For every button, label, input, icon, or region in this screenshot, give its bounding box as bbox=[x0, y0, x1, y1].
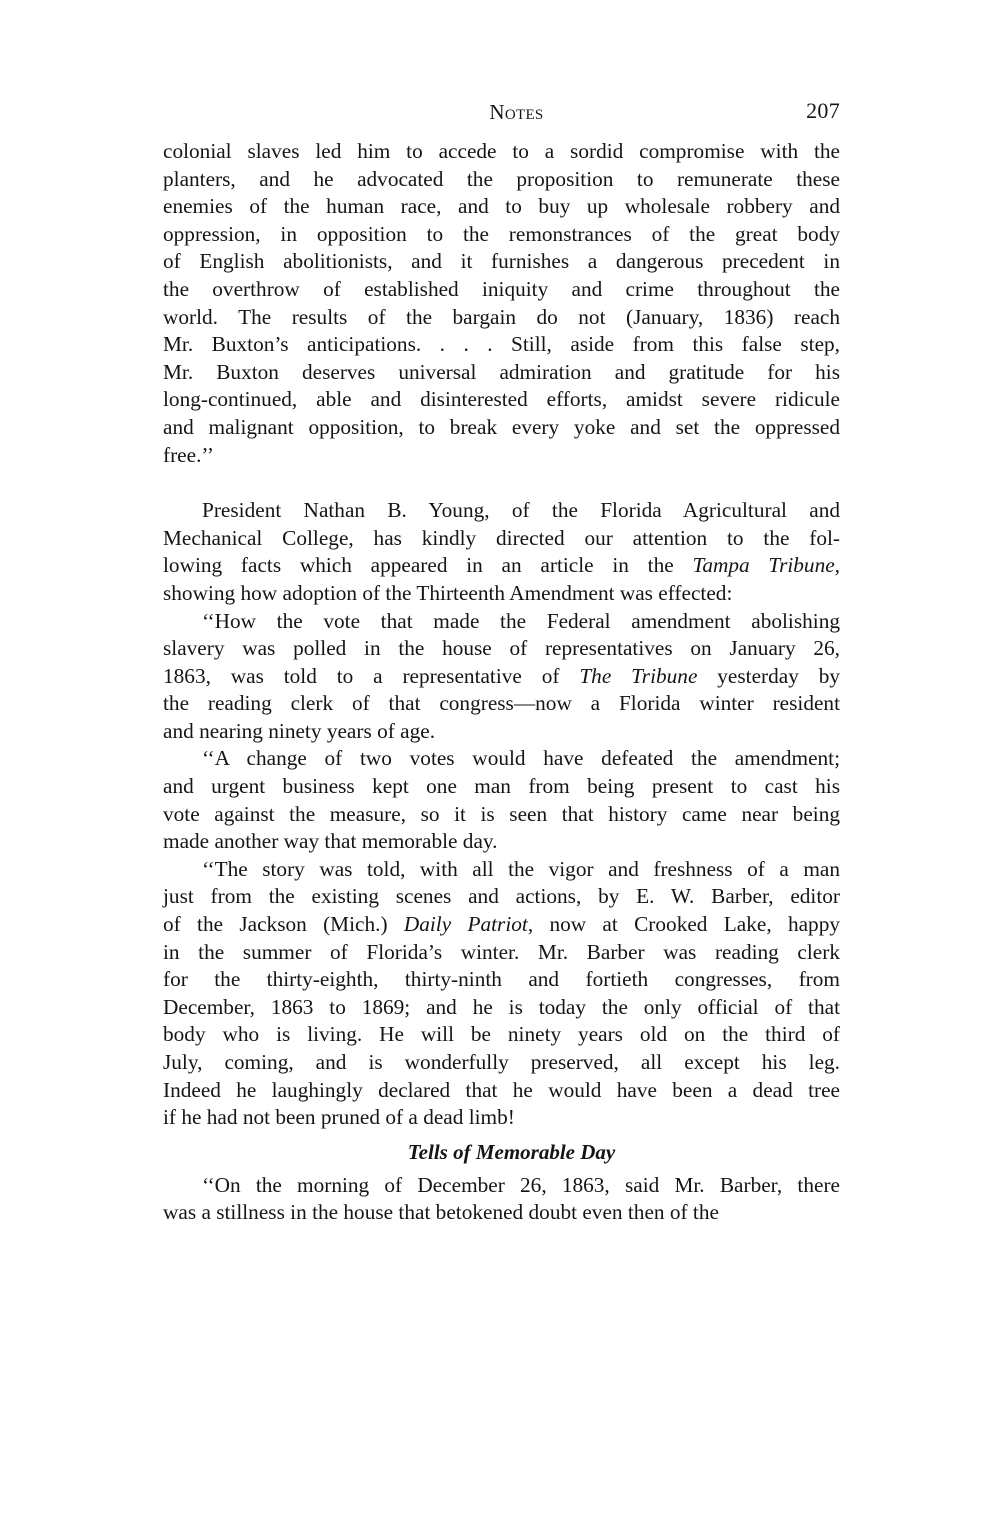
italic-title: Tampa Tribune bbox=[692, 553, 834, 577]
paragraph-tribune-change: ‘‘A change of two votes would have defea… bbox=[163, 745, 840, 855]
text-line: body who is living. He will be ninety ye… bbox=[163, 1021, 840, 1049]
text-line: was a stillness in the house that betoke… bbox=[163, 1199, 840, 1227]
text-line: vote against the measure, so it is seen … bbox=[163, 801, 840, 829]
text-line: free.’’ bbox=[163, 442, 840, 470]
text-line: and urgent business kept one man from be… bbox=[163, 773, 840, 801]
text-line: lowing facts which appeared in an articl… bbox=[163, 552, 840, 580]
text-line: ‘‘The story was told, with all the vigor… bbox=[163, 856, 840, 884]
text-line: July, coming, and is wonderfully preserv… bbox=[163, 1049, 840, 1077]
text-line: the overthrow of established iniquity an… bbox=[163, 276, 840, 304]
page-number: 207 bbox=[806, 98, 840, 124]
text-line: of the Jackson (Mich.) Daily Patriot, no… bbox=[163, 911, 840, 939]
italic-title: The Tribune bbox=[579, 664, 697, 688]
text-line: Mr. Buxton deserves universal admiration… bbox=[163, 359, 840, 387]
text-line: and nearing ninety years of age. bbox=[163, 718, 840, 746]
text-line: world. The results of the bargain do not… bbox=[163, 304, 840, 332]
body-text: colonial slaves led him to accede to a s… bbox=[163, 138, 840, 1132]
body-text-continued: ‘‘On the morning of December 26, 1863, s… bbox=[163, 1172, 840, 1227]
paragraph-tribune-story: ‘‘The story was told, with all the vigor… bbox=[163, 856, 840, 1132]
text-line: showing how adoption of the Thirteenth A… bbox=[163, 580, 840, 608]
italic-title: Daily Patriot bbox=[404, 912, 528, 936]
text-line: of English abolitionists, and it furnish… bbox=[163, 248, 840, 276]
text-line: long-continued, able and disinterested e… bbox=[163, 386, 840, 414]
text-line: and malignant opposition, to break every… bbox=[163, 414, 840, 442]
paragraph-memorable-day: ‘‘On the morning of December 26, 1863, s… bbox=[163, 1172, 840, 1227]
paragraph-tribune-vote: ‘‘How the vote that made the Federal ame… bbox=[163, 608, 840, 746]
paragraph-buxton-quote-end: colonial slaves led him to accede to a s… bbox=[163, 138, 840, 469]
text-line: planters, and he advocated the propositi… bbox=[163, 166, 840, 194]
text-line: the reading clerk of that congress—now a… bbox=[163, 690, 840, 718]
text-line: for the thirty-eighth, thirty-ninth and … bbox=[163, 966, 840, 994]
text-line: just from the existing scenes and action… bbox=[163, 883, 840, 911]
text-line: slavery was polled in the house of repre… bbox=[163, 635, 840, 663]
section-subheading: Tells of Memorable Day bbox=[163, 1132, 840, 1172]
text-line: December, 1863 to 1869; and he is today … bbox=[163, 994, 840, 1022]
paragraph-gap bbox=[163, 469, 840, 497]
text-line: 1863, was told to a representative of Th… bbox=[163, 663, 840, 691]
running-head: Notes 207 bbox=[163, 96, 840, 132]
text-line: Indeed he laughingly declared that he wo… bbox=[163, 1077, 840, 1105]
text-line: President Nathan B. Young, of the Florid… bbox=[163, 497, 840, 525]
text-line: made another way that memorable day. bbox=[163, 828, 840, 856]
text-line: Mr. Buxton’s anticipations. . . . Still,… bbox=[163, 331, 840, 359]
text-line: in the summer of Florida’s winter. Mr. B… bbox=[163, 939, 840, 967]
text-line: oppression, in opposition to the remonst… bbox=[163, 221, 840, 249]
text-line: ‘‘On the morning of December 26, 1863, s… bbox=[163, 1172, 840, 1200]
text-line: ‘‘A change of two votes would have defea… bbox=[163, 745, 840, 773]
book-page: Notes 207 colonial slaves led him to acc… bbox=[163, 96, 840, 1227]
text-line: colonial slaves led him to accede to a s… bbox=[163, 138, 840, 166]
running-title: Notes bbox=[163, 100, 840, 125]
text-line: if he had not been pruned of a dead limb… bbox=[163, 1104, 840, 1132]
paragraph-young-intro: President Nathan B. Young, of the Florid… bbox=[163, 497, 840, 607]
text-line: Mechanical College, has kindly directed … bbox=[163, 525, 840, 553]
text-line: enemies of the human race, and to buy up… bbox=[163, 193, 840, 221]
text-line: ‘‘How the vote that made the Federal ame… bbox=[163, 608, 840, 636]
